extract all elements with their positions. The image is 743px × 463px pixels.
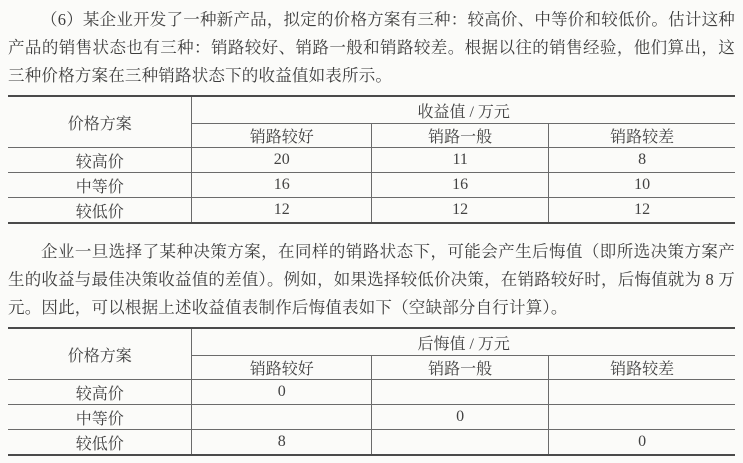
cell-value: [549, 380, 735, 405]
revenue-col-header-good: 销路较好: [192, 124, 372, 148]
row-label: 较高价: [8, 148, 192, 173]
revenue-table: 价格方案 收益值 / 万元 销路较好 销路一般 销路较差 较高价 20 11 8…: [8, 95, 735, 224]
cell-value: 0: [549, 430, 735, 456]
row-label: 较高价: [8, 380, 192, 405]
cell-value: [192, 405, 372, 430]
regret-col-header-poor: 销路较差: [549, 356, 735, 380]
revenue-col-header-average: 销路一般: [371, 124, 548, 148]
cell-value: 12: [549, 198, 735, 224]
regret-explanation-paragraph: 企业一旦选择了某种决策方案，在同样的销路状态下，可能会产生后悔值（即所选决策方案…: [8, 238, 735, 322]
cell-value: 0: [371, 405, 548, 430]
cell-value: 16: [192, 173, 372, 198]
revenue-col-header-poor: 销路较差: [549, 124, 735, 148]
cell-value: 0: [192, 380, 372, 405]
cell-value: 12: [192, 198, 372, 224]
row-label: 中等价: [8, 405, 192, 430]
table-row: 较低价 12 12 12: [8, 198, 735, 224]
table-row: 中等价 16 16 10: [8, 173, 735, 198]
document-page: （6）某企业开发了一种新产品，拟定的价格方案有三种：较高价、中等价和较低价。估计…: [0, 0, 743, 463]
regret-col-header-average: 销路一般: [371, 356, 548, 380]
table-row: 较高价 20 11 8: [8, 148, 735, 173]
table-row: 中等价 0: [8, 405, 735, 430]
cell-value: [549, 405, 735, 430]
regret-corner-header: 价格方案: [8, 328, 192, 380]
cell-value: 10: [549, 173, 735, 198]
revenue-group-header: 收益值 / 万元: [192, 96, 735, 124]
cell-value: 8: [192, 430, 372, 456]
cell-value: [371, 430, 548, 456]
intro-paragraph: （6）某企业开发了一种新产品，拟定的价格方案有三种：较高价、中等价和较低价。估计…: [8, 6, 735, 90]
cell-value: [371, 380, 548, 405]
row-label: 较低价: [8, 198, 192, 224]
row-label: 较低价: [8, 430, 192, 456]
cell-value: 12: [371, 198, 548, 224]
regret-group-header: 后悔值 / 万元: [192, 328, 735, 356]
revenue-corner-header: 价格方案: [8, 96, 192, 148]
cell-value: 20: [192, 148, 372, 173]
cell-value: 8: [549, 148, 735, 173]
cell-value: 11: [371, 148, 548, 173]
regret-table: 价格方案 后悔值 / 万元 销路较好 销路一般 销路较差 较高价 0 中等价 0: [8, 327, 735, 456]
row-label: 中等价: [8, 173, 192, 198]
regret-col-header-good: 销路较好: [192, 356, 372, 380]
cell-value: 16: [371, 173, 548, 198]
table-row: 较高价 0: [8, 380, 735, 405]
table-row: 较低价 8 0: [8, 430, 735, 456]
